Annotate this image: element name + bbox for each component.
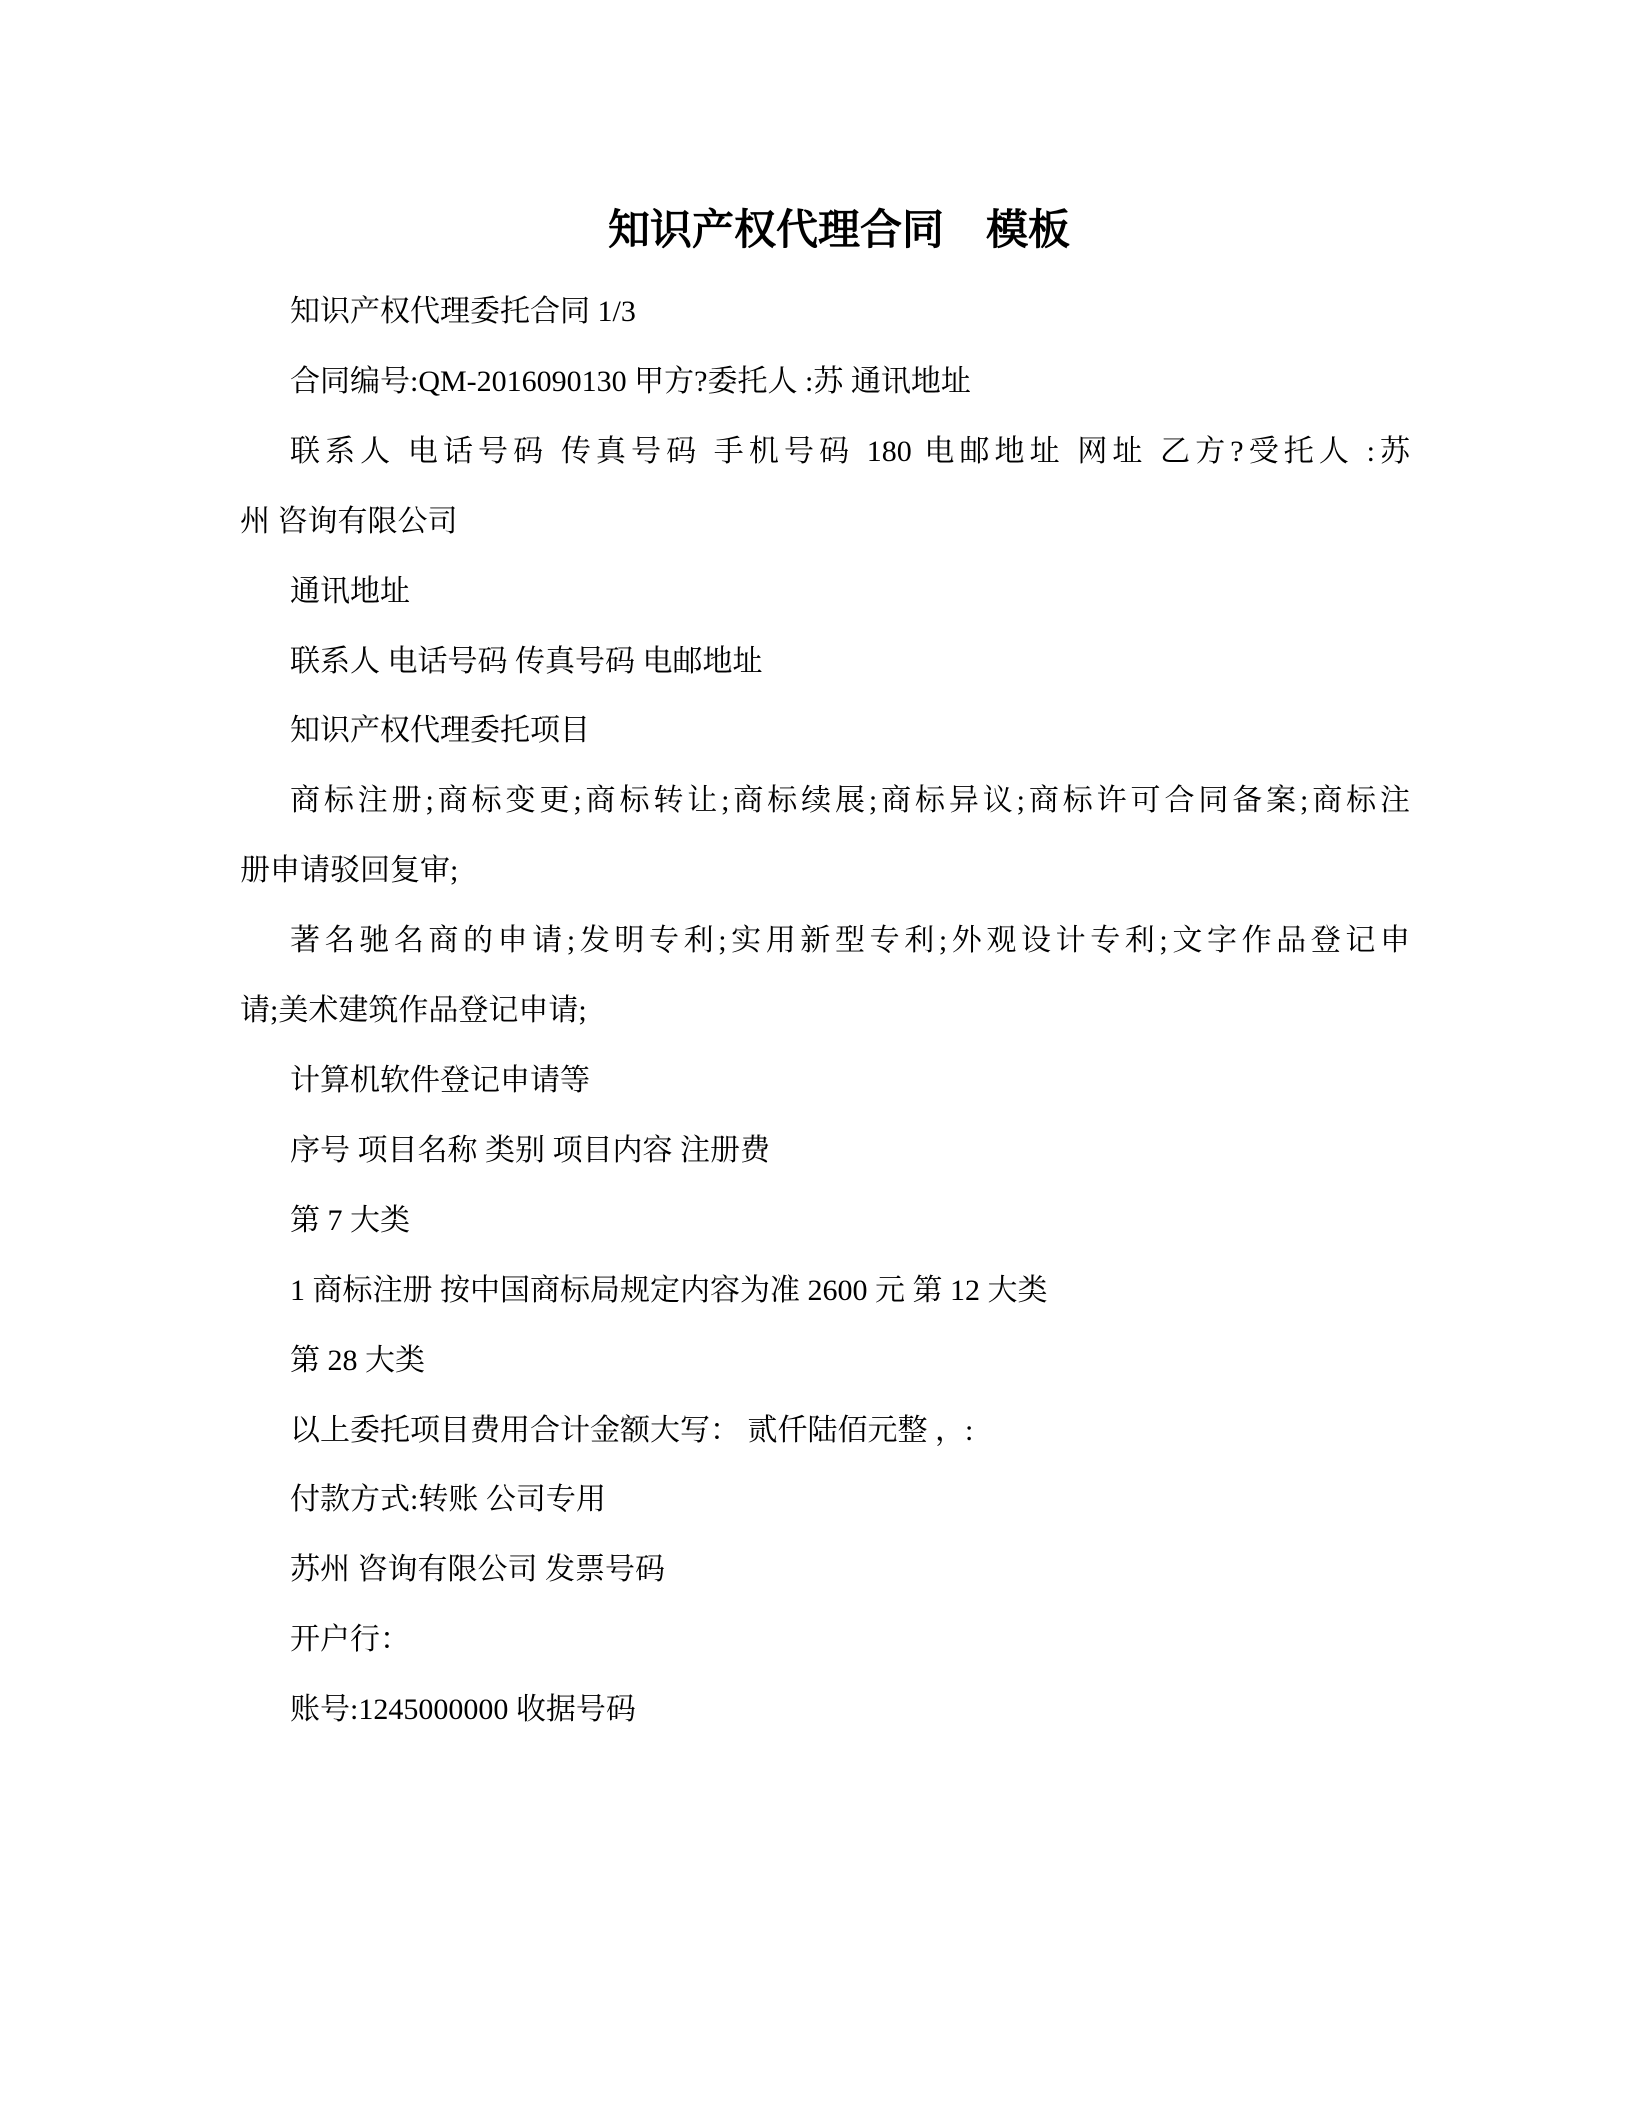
document-line: 第 7 大类 bbox=[240, 1186, 1410, 1256]
document-line: 册申请驳回复审; bbox=[240, 836, 1410, 906]
document-line: 第 28 大类 bbox=[240, 1326, 1410, 1396]
document-line: 合同编号:QM-2016090130 甲方?委托人 :苏 通讯地址 bbox=[240, 347, 1410, 417]
document-line: 商标注册;商标变更;商标转让;商标续展;商标异议;商标许可合同备案;商标注 bbox=[240, 766, 1410, 836]
document-line: 州 咨询有限公司 bbox=[240, 487, 1410, 557]
document-line: 知识产权代理委托合同 1/3 bbox=[240, 277, 1410, 347]
document-line: 联系人 电话号码 传真号码 电邮地址 bbox=[240, 627, 1410, 697]
document-line: 通讯地址 bbox=[240, 557, 1410, 627]
document-line: 知识产权代理委托项目 bbox=[240, 696, 1410, 766]
document-line: 计算机软件登记申请等 bbox=[240, 1046, 1410, 1116]
document-title: 知识产权代理合同 模板 bbox=[240, 201, 1410, 261]
document-line: 付款方式:转账 公司专用 bbox=[240, 1465, 1410, 1535]
document-line: 苏州 咨询有限公司 发票号码 bbox=[240, 1535, 1410, 1605]
document-line: 请;美术建筑作品登记申请; bbox=[240, 976, 1410, 1046]
document-line: 联系人 电话号码 传真号码 手机号码 180 电邮地址 网址 乙方?受托人 :苏 bbox=[240, 417, 1410, 487]
document-line: 著名驰名商的申请;发明专利;实用新型专利;外观设计专利;文字作品登记申 bbox=[240, 906, 1410, 976]
document-line: 序号 项目名称 类别 项目内容 注册费 bbox=[240, 1116, 1410, 1186]
document-line: 以上委托项目费用合计金额大写： 贰仟陆佰元整 ，: bbox=[240, 1396, 1410, 1466]
document-page: 知识产权代理合同 模板 知识产权代理委托合同 1/3 合同编号:QM-20160… bbox=[0, 0, 1632, 2112]
document-line: 1 商标注册 按中国商标局规定内容为准 2600 元 第 12 大类 bbox=[240, 1256, 1410, 1326]
document-body: 知识产权代理委托合同 1/3 合同编号:QM-2016090130 甲方?委托人… bbox=[240, 277, 1410, 1745]
document-line: 开户行： bbox=[240, 1605, 1410, 1675]
document-line: 账号:1245000000 收据号码 bbox=[240, 1675, 1410, 1745]
